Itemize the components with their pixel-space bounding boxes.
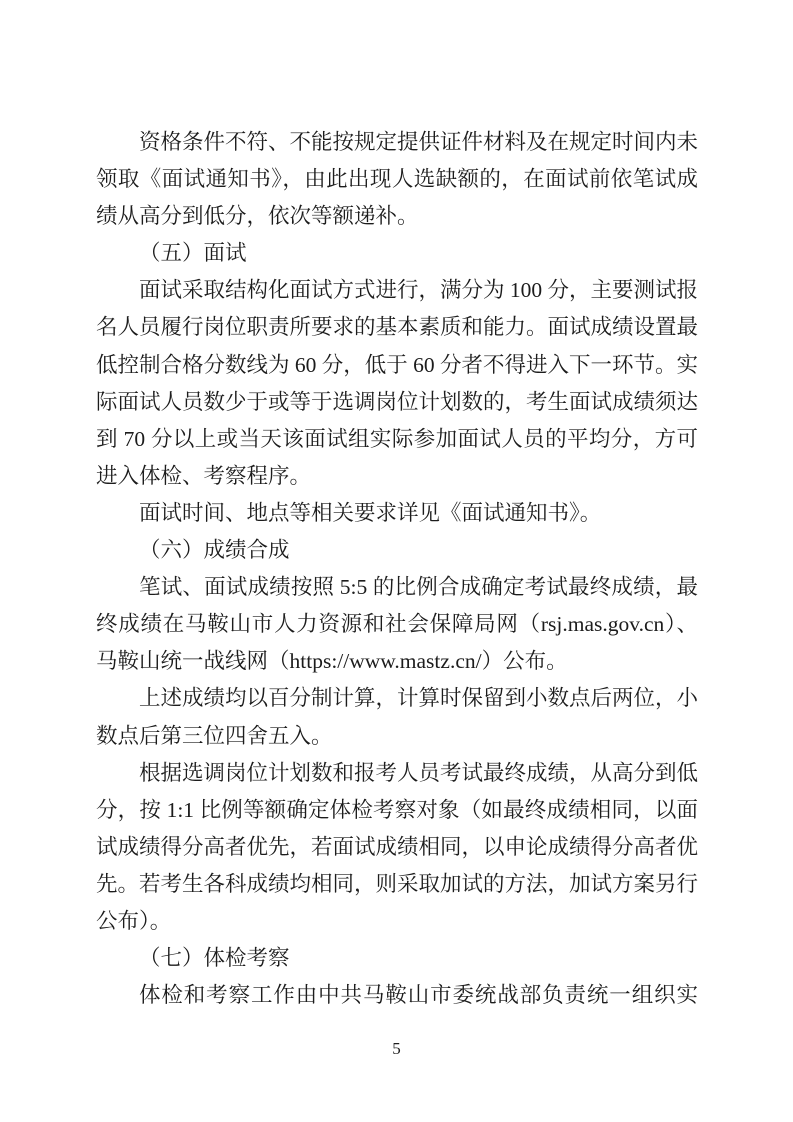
text-line: 到 70 分以上或当天该面试组实际参加面试人员的平均分，方可 [96, 421, 698, 458]
text-line: （五）面试 [96, 235, 698, 272]
document-body-text: 资格条件不符、不能按规定提供证件材料及在规定时间内未领取《面试通知书》，由此出现… [96, 124, 698, 1014]
text-line: 先。若考生各科成绩均相同，则采取加试的方法，加试方案另行 [96, 866, 698, 903]
text-line: 资格条件不符、不能按规定提供证件材料及在规定时间内未 [96, 124, 698, 161]
document-page: 资格条件不符、不能按规定提供证件材料及在规定时间内未领取《面试通知书》，由此出现… [0, 0, 793, 1122]
text-line: 马鞍山统一战线网（https://www.mastz.cn/）公布。 [96, 643, 698, 680]
text-line: （七）体检考察 [96, 940, 698, 977]
text-line: 根据选调岗位计划数和报考人员考试最终成绩，从高分到低 [96, 755, 698, 792]
text-line: 绩从高分到低分，依次等额递补。 [96, 198, 698, 235]
text-line: 数点后第三位四舍五入。 [96, 718, 698, 755]
text-line: 面试时间、地点等相关要求详见《面试通知书》。 [96, 495, 698, 532]
text-line: 进入体检、考察程序。 [96, 458, 698, 495]
text-line: 面试采取结构化面试方式进行，满分为 100 分，主要测试报 [96, 272, 698, 309]
text-line: 试成绩得分高者优先，若面试成绩相同，以申论成绩得分高者优 [96, 829, 698, 866]
text-line: 领取《面试通知书》，由此出现人选缺额的，在面试前依笔试成 [96, 161, 698, 198]
text-line: 名人员履行岗位职责所要求的基本素质和能力。面试成绩设置最 [96, 309, 698, 346]
page-number: 5 [0, 1038, 793, 1060]
text-line: 上述成绩均以百分制计算，计算时保留到小数点后两位，小 [96, 680, 698, 717]
text-line: 终成绩在马鞍山市人力资源和社会保障局网（rsj.mas.gov.cn）、 [96, 606, 698, 643]
text-line: 际面试人员数少于或等于选调岗位计划数的，考生面试成绩须达 [96, 384, 698, 421]
text-line: 分，按 1:1 比例等额确定体检考察对象（如最终成绩相同，以面 [96, 792, 698, 829]
text-line: 公布）。 [96, 903, 698, 940]
text-line: 体检和考察工作由中共马鞍山市委统战部负责统一组织实 [96, 977, 698, 1014]
text-line: 低控制合格分数线为 60 分，低于 60 分者不得进入下一环节。实 [96, 347, 698, 384]
text-line: （六）成绩合成 [96, 532, 698, 569]
text-line: 笔试、面试成绩按照 5:5 的比例合成确定考试最终成绩，最 [96, 569, 698, 606]
